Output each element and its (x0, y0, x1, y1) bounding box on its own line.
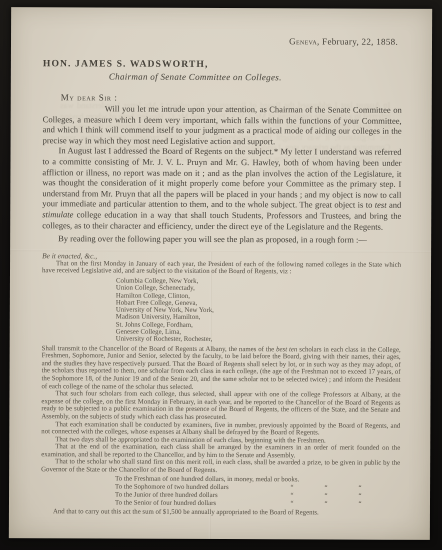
salutation: My dear Sir : (61, 92, 402, 103)
dateline-date: February, 22, 1858. (322, 36, 398, 46)
bill-clause-text: That to the scholar who shall stand firs… (41, 459, 400, 474)
bill-clause-text: That each examination shall be conducted… (41, 421, 400, 437)
bill-appropriation-text: And that to carry out this act the sum o… (53, 508, 319, 516)
prize-schedule: To the Freshman of one hundred dollars, … (115, 475, 400, 508)
ditto-mark: “ (343, 484, 377, 492)
dateline: Geneva, February, 22, 1858. (43, 35, 398, 47)
paragraph-intro-text: Will you let me intrude upon your attent… (43, 103, 402, 146)
bill-clause-text: That such four scholars from each colleg… (41, 390, 400, 421)
bill-clause-examiners: That each examination shall be conducted… (41, 421, 400, 438)
ditto-mark: “ (343, 492, 377, 500)
bill-clause-appearance: That such four scholars from each colleg… (41, 390, 400, 422)
college-list: Columbia College, New York, Union Colleg… (116, 277, 401, 344)
ditto-mark: “ (309, 484, 343, 492)
photo-background: In August last I addressed the Board of … (0, 0, 442, 550)
bill-clause-transmit: Shall transmit to the Chancellor of the … (41, 345, 400, 392)
recipient-name: HON. JAMES S. WADSWORTH, (43, 58, 402, 71)
proposed-bill: Be it enacted, &c., That on the first Mo… (41, 251, 401, 517)
paragraph-history-text: college education in a way that shall to… (42, 209, 401, 231)
recipient-title: Chairman of Senate Committee on Colleges… (109, 72, 402, 83)
emphasis-test: test (375, 200, 387, 210)
bill-intro-text: That on the first Monday in January of e… (42, 260, 401, 276)
ditto-mark: “ (343, 500, 377, 508)
prize-row: To the Senior of four hundred dollars “ … (115, 499, 400, 508)
paragraph-intro: Will you let me intrude upon your attent… (43, 103, 402, 147)
paragraph-plan-lead: By reading over the following paper you … (42, 233, 401, 245)
prize-label: To the Senior of four hundred dollars (115, 499, 275, 508)
ditto-mark: “ (275, 492, 309, 500)
ditto-mark: “ (309, 492, 343, 500)
paragraph-plan-lead-text: By reading over the following paper you … (58, 233, 367, 244)
ditto-mark: “ (275, 500, 309, 508)
paragraph-history-text: and (387, 200, 402, 210)
paragraph-history: In August last I addressed the Board of … (42, 146, 401, 232)
letter-page: In August last I addressed the Board of … (9, 7, 432, 540)
ditto-mark: “ (309, 500, 343, 508)
paragraph-history-text: In August last I addressed the Board of … (42, 146, 401, 210)
dateline-place: Geneva, (289, 36, 319, 46)
emphasis-stimulate: stimulate (42, 209, 73, 219)
ditto-mark: “ (275, 484, 309, 492)
bill-appropriation-clause: And that to carry out this act the sum o… (53, 508, 400, 517)
bill-clause-merit-roll: That at the end of the examination, each… (41, 444, 400, 461)
bill-clause-text: That at the end of the examination, each… (41, 444, 400, 460)
bill-clause-text: scholars in each class in the College, F… (41, 346, 400, 391)
bill-intro-clause: That on the first Monday in January of e… (42, 260, 401, 277)
emphasis-best-ten: best ten (276, 346, 297, 353)
bill-clause-prize: That to the scholar who shall stand firs… (41, 459, 400, 476)
college-list-item: University of Rochester, Rochester, (116, 336, 401, 345)
